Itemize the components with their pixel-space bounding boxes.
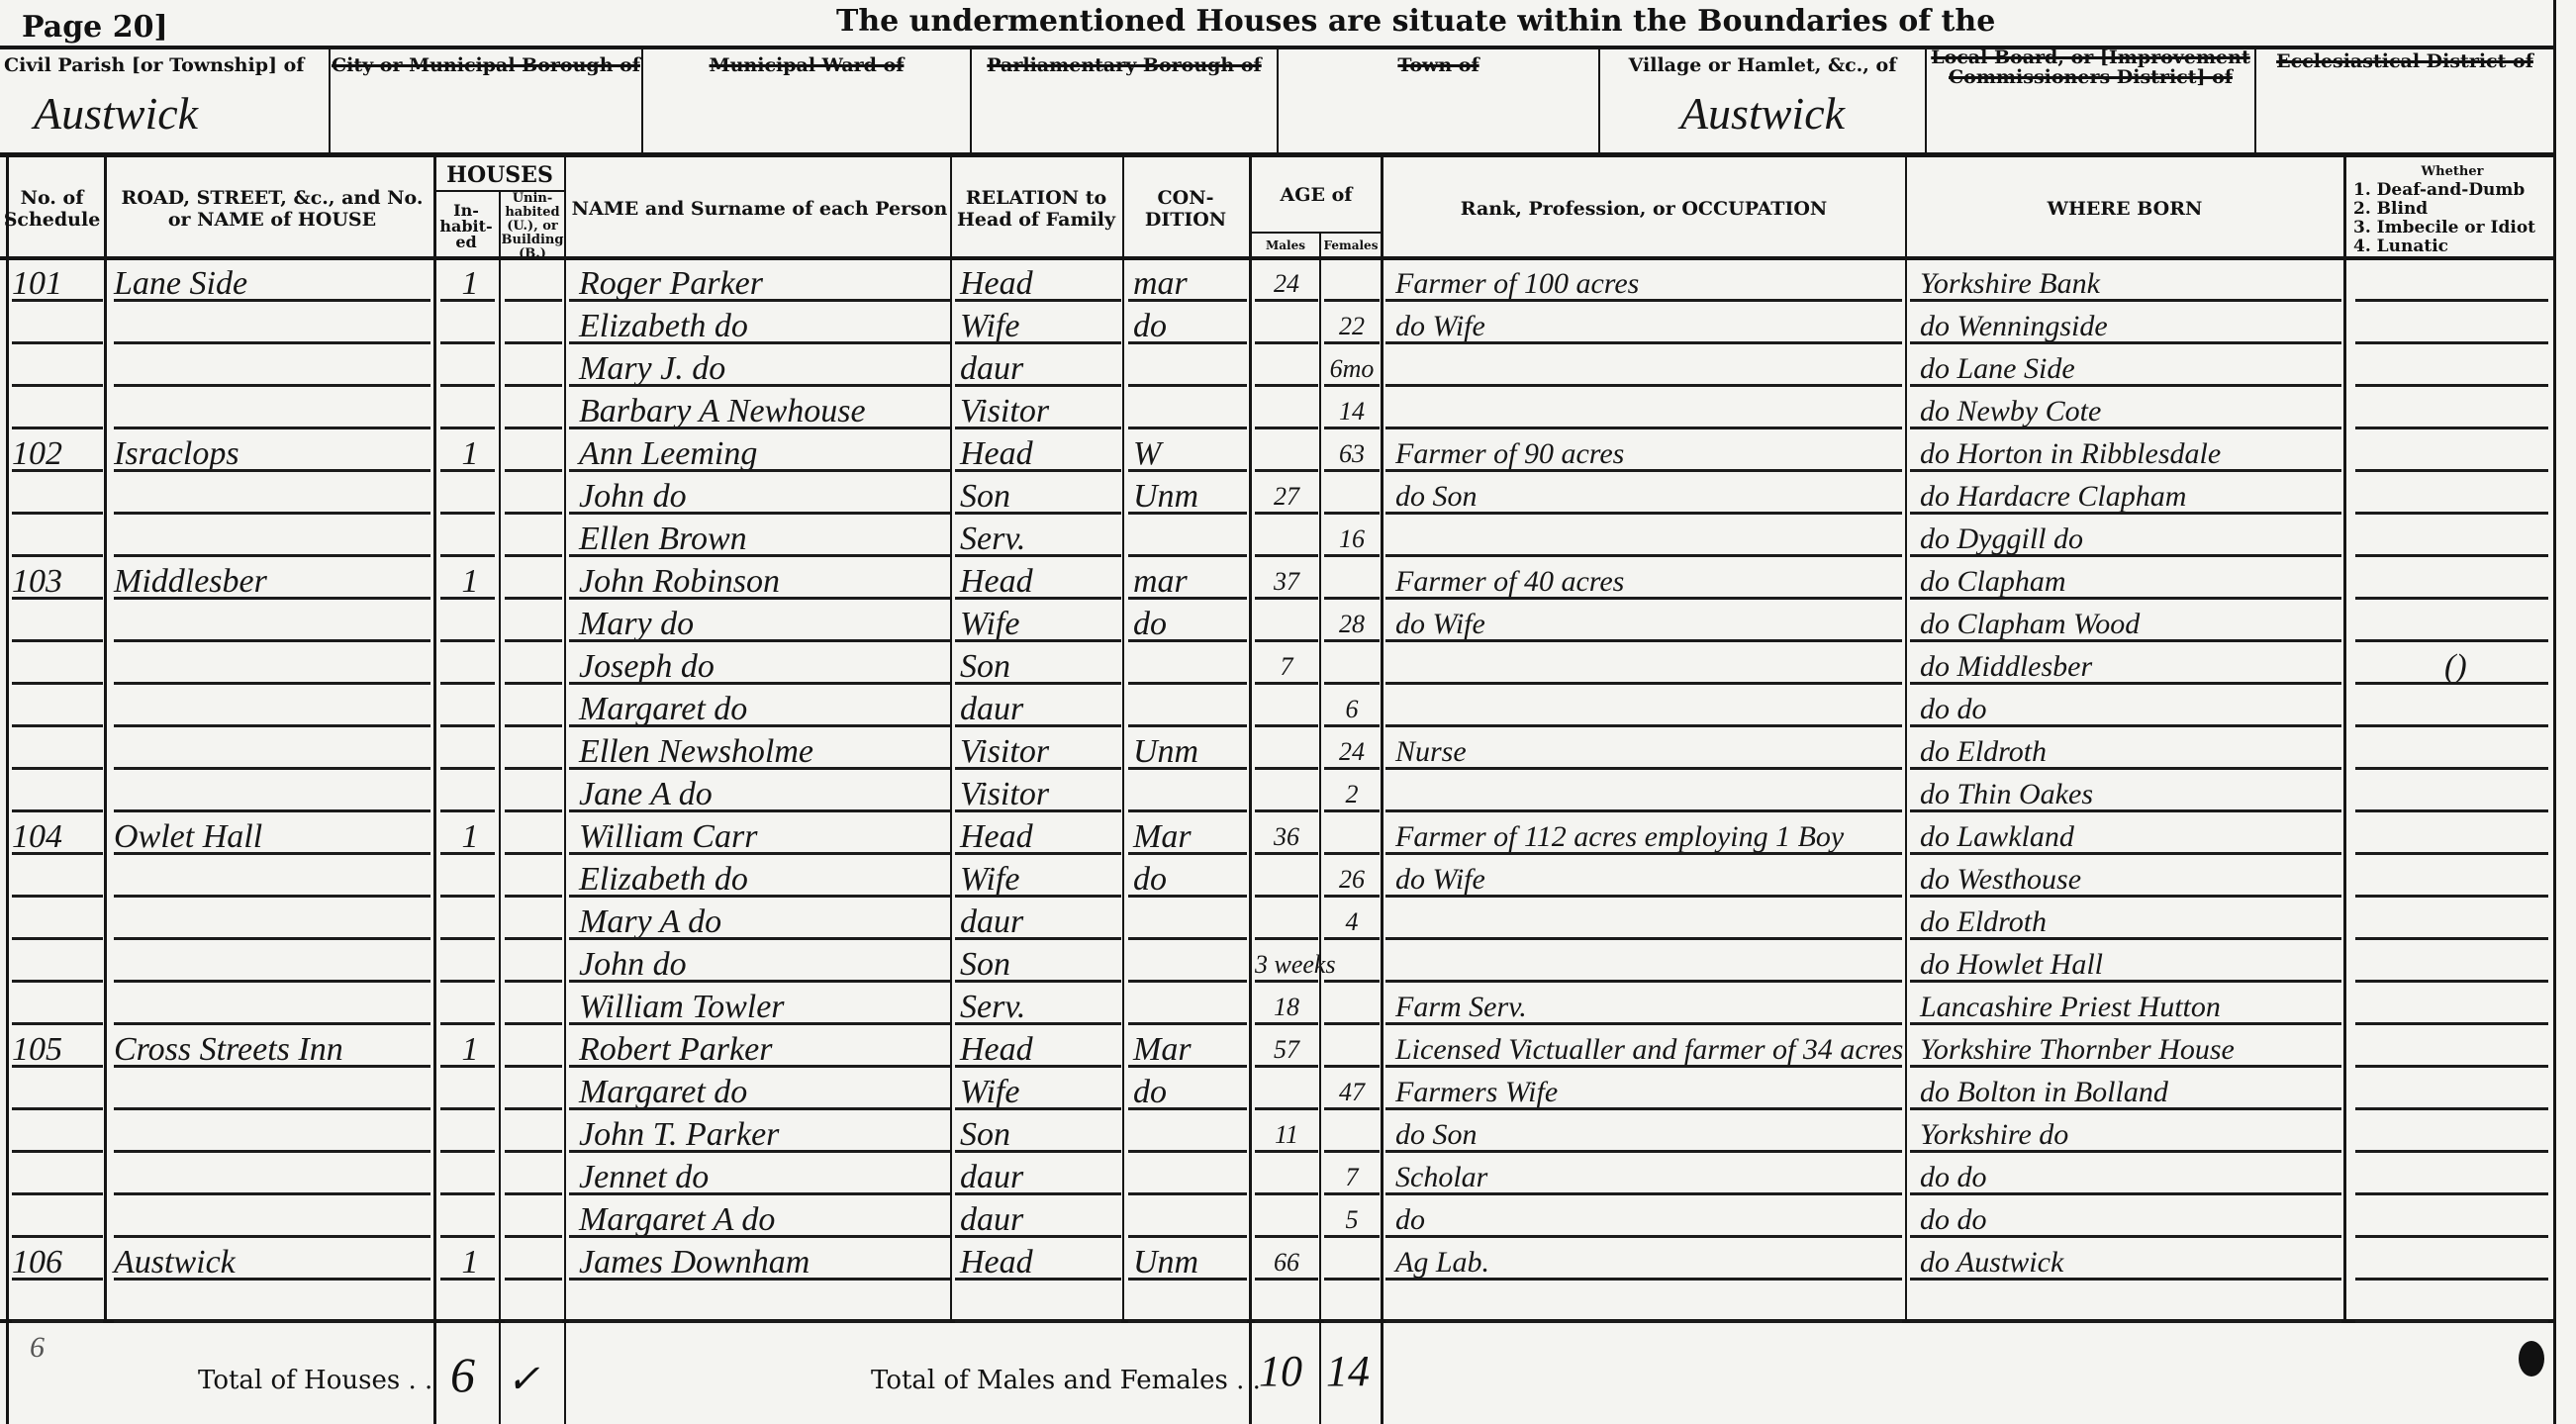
house-name — [114, 600, 430, 642]
schedule-number — [12, 387, 103, 429]
infirmity-item: 1. Deaf-and-Dumb — [2353, 181, 2551, 200]
where-born: Yorkshire Bank — [1920, 259, 2340, 302]
inhabited-count — [445, 855, 495, 898]
age-female — [1324, 472, 1380, 515]
person-name: Mary J. do — [579, 344, 950, 387]
condition — [1133, 515, 1244, 557]
occupation: Scholar — [1395, 1153, 1902, 1195]
inhabited-count — [445, 302, 495, 344]
schedule-count-note: 6 — [30, 1331, 45, 1365]
where-born: do Dyggill do — [1920, 515, 2340, 557]
where-born: do do — [1920, 1153, 2340, 1195]
table-row: Elizabeth doWifedo22do Wifedo Wenningsid… — [0, 302, 2576, 344]
age-female: 4 — [1324, 898, 1380, 940]
occupation: Nurse — [1395, 727, 1902, 770]
inhabited-count: 1 — [445, 557, 495, 600]
house-name — [114, 1153, 430, 1195]
where-born: do Hardacre Clapham — [1920, 472, 2340, 515]
where-born: do Bolton in Bolland — [1920, 1068, 2340, 1110]
infirmity — [2444, 387, 2543, 429]
condition — [1133, 1110, 1244, 1153]
boundary-value: Austwick — [4, 87, 327, 140]
house-name — [114, 387, 430, 429]
schedule-number: 104 — [12, 812, 103, 855]
boundary-parliamentary-borough: Parliamentary Borough of — [972, 47, 1277, 154]
person-name: Mary do — [579, 600, 950, 642]
inhabited-count — [445, 642, 495, 685]
boundary-label: Municipal Ward of — [643, 55, 970, 75]
occupation — [1395, 344, 1902, 387]
person-name: Elizabeth do — [579, 302, 950, 344]
age-female — [1324, 1110, 1380, 1153]
occupation — [1395, 387, 1902, 429]
total-houses-value: 6 — [450, 1346, 475, 1403]
relation: Head — [960, 557, 1118, 600]
house-name — [114, 770, 430, 812]
condition — [1133, 1281, 1244, 1323]
relation: Head — [960, 1025, 1118, 1068]
relation: Head — [960, 1238, 1118, 1281]
condition: Unm — [1133, 1238, 1244, 1281]
relation: Head — [960, 812, 1118, 855]
schedule-number — [12, 685, 103, 727]
infirmity — [2444, 515, 2543, 557]
person-name: John do — [579, 940, 950, 983]
age-female — [1324, 1281, 1380, 1323]
where-born: Yorkshire do — [1920, 1110, 2340, 1153]
person-name: Elizabeth do — [579, 855, 950, 898]
house-name: Israclops — [114, 429, 430, 472]
inhabited-count — [445, 727, 495, 770]
boundary-ecclesiastical: Ecclesiastical District of — [2256, 47, 2553, 154]
boundary-label: City or Municipal Borough of — [331, 55, 641, 75]
condition — [1133, 898, 1244, 940]
boundary-village: Village or Hamlet, &c., of Austwick — [1600, 47, 1925, 154]
infirmity — [2444, 472, 2543, 515]
age-male: 7 — [1255, 642, 1318, 685]
condition — [1133, 770, 1244, 812]
boundary-label: Village or Hamlet, &c., of — [1600, 55, 1925, 75]
schedule-number — [12, 983, 103, 1025]
occupation: Farmer of 112 acres employing 1 Boy — [1395, 812, 1902, 855]
house-name — [114, 1068, 430, 1110]
house-name — [114, 472, 430, 515]
inhabited-count — [445, 515, 495, 557]
person-name: Jane A do — [579, 770, 950, 812]
inhabited-count: 1 — [445, 429, 495, 472]
row-rule — [569, 1320, 950, 1323]
person-name: Robert Parker — [579, 1025, 950, 1068]
schedule-number — [12, 515, 103, 557]
ink-blot — [2519, 1341, 2544, 1377]
age-male: 37 — [1255, 557, 1318, 600]
infirmity — [2444, 429, 2543, 472]
table-row: Joseph doSon7do Middlesber() — [0, 642, 2576, 685]
person-name: Ellen Newsholme — [579, 727, 950, 770]
occupation — [1395, 770, 1902, 812]
schedule-number — [12, 642, 103, 685]
inhabited-count — [445, 1153, 495, 1195]
age-female: 28 — [1324, 600, 1380, 642]
boundary-municipal-ward: Municipal Ward of — [643, 47, 970, 154]
table-row: Margaret A dodaur5dodo do — [0, 1195, 2576, 1238]
inhabited-count — [445, 600, 495, 642]
relation: Serv. — [960, 515, 1118, 557]
age-female: 26 — [1324, 855, 1380, 898]
condition: do — [1133, 855, 1244, 898]
relation: Visitor — [960, 770, 1118, 812]
row-rule — [1255, 1320, 1318, 1323]
where-born: do Wenningside — [1920, 302, 2340, 344]
row-rule — [114, 1320, 430, 1323]
inhabited-count — [445, 1110, 495, 1153]
person-name: John T. Parker — [579, 1110, 950, 1153]
col-schedule: No. of Schedule — [0, 160, 104, 257]
table-row: Mary doWifedo28do Wifedo Clapham Wood — [0, 600, 2576, 642]
table-row: 103Middlesber1John RobinsonHeadmar37Farm… — [0, 557, 2576, 600]
table-row: William TowlerServ.18Farm Serv.Lancashir… — [0, 983, 2576, 1025]
age-female: 16 — [1324, 515, 1380, 557]
infirmity — [2444, 983, 2543, 1025]
row-rule — [1128, 1320, 1247, 1323]
schedule-number: 105 — [12, 1025, 103, 1068]
where-born: do Middlesber — [1920, 642, 2340, 685]
house-name — [114, 344, 430, 387]
condition: do — [1133, 1068, 1244, 1110]
table-row: John doSon3 weeksdo Howlet Hall — [0, 940, 2576, 983]
house-name — [114, 685, 430, 727]
row-rule — [955, 1320, 1121, 1323]
total-males-value: 10 — [1259, 1346, 1302, 1396]
house-name — [114, 1110, 430, 1153]
relation: Head — [960, 259, 1118, 302]
infirmity — [2444, 302, 2543, 344]
col-name: NAME and Surname of each Person — [569, 160, 950, 257]
age-male — [1255, 302, 1318, 344]
inhabited-count — [445, 685, 495, 727]
occupation: Licensed Victualler and farmer of 34 acr… — [1395, 1025, 1902, 1068]
schedule-number — [12, 855, 103, 898]
infirmity-item: 3. Imbecile or Idiot — [2353, 219, 2551, 237]
condition: Unm — [1133, 472, 1244, 515]
age-male — [1255, 1068, 1318, 1110]
table-row: Mary A dodaur4do Eldroth — [0, 898, 2576, 940]
person-name: James Downham — [579, 1238, 950, 1281]
col-inhabited: In-habit-ed — [435, 196, 497, 257]
relation: daur — [960, 1153, 1118, 1195]
where-born: do Howlet Hall — [1920, 940, 2340, 983]
table-row: Ellen BrownServ.16do Dyggill do — [0, 515, 2576, 557]
schedule-number — [12, 472, 103, 515]
condition — [1133, 387, 1244, 429]
schedule-number — [12, 600, 103, 642]
occupation — [1395, 1281, 1902, 1323]
age-female: 63 — [1324, 429, 1380, 472]
schedule-number — [12, 940, 103, 983]
relation: Wife — [960, 1068, 1118, 1110]
col-occupation: Rank, Profession, or OCCUPATION — [1383, 160, 1905, 257]
age-male — [1255, 770, 1318, 812]
age-male — [1255, 515, 1318, 557]
condition: Unm — [1133, 727, 1244, 770]
age-male — [1255, 600, 1318, 642]
house-name — [114, 1195, 430, 1238]
age-female: 6 — [1324, 685, 1380, 727]
where-born: do Lane Side — [1920, 344, 2340, 387]
infirmity: () — [2444, 642, 2543, 685]
occupation: do — [1395, 1195, 1902, 1238]
age-female — [1324, 940, 1380, 983]
occupation — [1395, 642, 1902, 685]
infirmity — [2444, 770, 2543, 812]
relation: Visitor — [960, 387, 1118, 429]
where-born: do Eldroth — [1920, 727, 2340, 770]
infirmity — [2444, 685, 2543, 727]
inhabited-count: 1 — [445, 259, 495, 302]
infirmity — [2444, 727, 2543, 770]
boundary-label: Ecclesiastical District of — [2256, 51, 2553, 71]
person-name: Ann Leeming — [579, 429, 950, 472]
age-male — [1255, 898, 1318, 940]
relation: Son — [960, 642, 1118, 685]
infirmity — [2444, 1238, 2543, 1281]
boundary-civil-parish: Civil Parish [or Township] of Austwick — [4, 47, 327, 154]
person-name: Ellen Brown — [579, 515, 950, 557]
condition — [1133, 1195, 1244, 1238]
condition — [1133, 1153, 1244, 1195]
person-name: William Towler — [579, 983, 950, 1025]
schedule-number — [12, 1153, 103, 1195]
table-row: Margaret dodaur6do do — [0, 685, 2576, 727]
infirmity — [2444, 1025, 2543, 1068]
table-row: Mary J. dodaur6modo Lane Side — [0, 344, 2576, 387]
infirmity-title: Whether — [2353, 162, 2551, 181]
col-males: Males — [1252, 234, 1319, 257]
inhabited-count — [445, 472, 495, 515]
schedule-number — [12, 727, 103, 770]
infirmity — [2444, 812, 2543, 855]
check-mark-icon: ✓ — [507, 1356, 540, 1402]
occupation: Farmer of 40 acres — [1395, 557, 1902, 600]
occupation: Farmer of 100 acres — [1395, 259, 1902, 302]
age-female: 7 — [1324, 1153, 1380, 1195]
col-condition: CON-DITION — [1125, 160, 1246, 257]
infirmity — [2444, 1153, 2543, 1195]
inhabited-count — [445, 1281, 495, 1323]
inhabited-count — [445, 1068, 495, 1110]
page-heading: The undermentioned Houses are situate wi… — [836, 4, 1995, 39]
infirmity — [2444, 1281, 2543, 1323]
age-female — [1324, 642, 1380, 685]
person-name: Margaret do — [579, 685, 950, 727]
schedule-number — [12, 302, 103, 344]
person-name: Mary A do — [579, 898, 950, 940]
where-born: do Clapham Wood — [1920, 600, 2340, 642]
house-name: Lane Side — [114, 259, 430, 302]
table-row: 106Austwick1James DownhamHeadUnm66Ag Lab… — [0, 1238, 2576, 1281]
col-age: AGE of — [1252, 160, 1381, 230]
schedule-number — [12, 1281, 103, 1323]
table-row: Ellen NewsholmeVisitorUnm24Nursedo Eldro… — [0, 727, 2576, 770]
row-rule — [1324, 1320, 1380, 1323]
boundary-label: Parliamentary Borough of — [972, 55, 1277, 75]
age-female: 14 — [1324, 387, 1380, 429]
schedule-number — [12, 1110, 103, 1153]
person-name: Barbary A Newhouse — [579, 387, 950, 429]
occupation — [1395, 685, 1902, 727]
house-name: Cross Streets Inn — [114, 1025, 430, 1068]
condition — [1133, 642, 1244, 685]
age-female — [1324, 557, 1380, 600]
boundary-label: Civil Parish [or Township] of — [4, 55, 327, 75]
occupation: do Son — [1395, 472, 1902, 515]
infirmity — [2444, 940, 2543, 983]
relation: Serv. — [960, 983, 1118, 1025]
house-name — [114, 727, 430, 770]
person-name: John do — [579, 472, 950, 515]
age-female — [1324, 1238, 1380, 1281]
boundary-label: Town of — [1279, 55, 1598, 75]
inhabited-count — [445, 387, 495, 429]
condition — [1133, 344, 1244, 387]
relation: Head — [960, 429, 1118, 472]
where-born: do Newby Cote — [1920, 387, 2340, 429]
relation: daur — [960, 898, 1118, 940]
col-road: ROAD, STREET, &c., and No. or NAME of HO… — [109, 160, 435, 257]
table-row: 102Israclops1Ann LeemingHeadW63Farmer of… — [0, 429, 2576, 472]
person-name: John Robinson — [579, 557, 950, 600]
boundary-town: Town of — [1279, 47, 1598, 154]
table-row: 105Cross Streets Inn1Robert ParkerHeadMa… — [0, 1025, 2576, 1068]
condition: mar — [1133, 259, 1244, 302]
age-male — [1255, 685, 1318, 727]
inhabited-count — [445, 344, 495, 387]
table-row: Jennet dodaur7Scholardo do — [0, 1153, 2576, 1195]
age-male: 3 weeks — [1255, 940, 1318, 983]
infirmity — [2444, 1068, 2543, 1110]
condition — [1133, 983, 1244, 1025]
col-houses: HOUSES — [435, 158, 564, 192]
where-born: Lancashire Priest Hutton — [1920, 983, 2340, 1025]
person-name: Margaret do — [579, 1068, 950, 1110]
person-name: Jennet do — [579, 1153, 950, 1195]
schedule-number: 106 — [12, 1238, 103, 1281]
table-row: 104Owlet Hall1William CarrHeadMar36Farme… — [0, 812, 2576, 855]
person-name: William Carr — [579, 812, 950, 855]
condition — [1133, 685, 1244, 727]
house-name — [114, 642, 430, 685]
boundary-local-board: Local Board, or [Improvement Commissione… — [1927, 47, 2254, 154]
house-name — [114, 855, 430, 898]
occupation: do Wife — [1395, 600, 1902, 642]
page-number: Page 20] — [22, 10, 168, 45]
col-infirmity: Whether 1. Deaf-and-Dumb 2. Blind 3. Imb… — [2353, 162, 2551, 256]
age-male: 36 — [1255, 812, 1318, 855]
relation: Son — [960, 940, 1118, 983]
infirmity — [2444, 1110, 2543, 1153]
row-rule — [1910, 1320, 2341, 1323]
total-houses-label: Total of Houses . . — [198, 1366, 432, 1395]
relation: daur — [960, 1195, 1118, 1238]
where-born: do Lawkland — [1920, 812, 2340, 855]
age-female: 6mo — [1324, 344, 1380, 387]
house-name — [114, 515, 430, 557]
age-male: 18 — [1255, 983, 1318, 1025]
where-born: do do — [1920, 1195, 2340, 1238]
house-name: Austwick — [114, 1238, 430, 1281]
age-female: 24 — [1324, 727, 1380, 770]
occupation — [1395, 515, 1902, 557]
age-female — [1324, 983, 1380, 1025]
row-rule — [1385, 1320, 1902, 1323]
schedule-number: 102 — [12, 429, 103, 472]
infirmity — [2444, 600, 2543, 642]
table-row: Jane A doVisitor2do Thin Oakes — [0, 770, 2576, 812]
condition: Mar — [1133, 1025, 1244, 1068]
age-male — [1255, 429, 1318, 472]
age-female: 47 — [1324, 1068, 1380, 1110]
inhabited-count: 1 — [445, 1238, 495, 1281]
schedule-number: 103 — [12, 557, 103, 600]
col-where-born: WHERE BORN — [1907, 160, 2342, 257]
age-male: 57 — [1255, 1025, 1318, 1068]
schedule-number — [12, 898, 103, 940]
where-born: do Westhouse — [1920, 855, 2340, 898]
age-male — [1255, 1281, 1318, 1323]
inhabited-count: 1 — [445, 812, 495, 855]
boundary-label: Local Board, or [Improvement Commissione… — [1927, 47, 2254, 87]
age-male — [1255, 855, 1318, 898]
age-female: 22 — [1324, 302, 1380, 344]
table-row — [0, 1281, 2576, 1323]
person-name: Roger Parker — [579, 259, 950, 302]
age-female: 5 — [1324, 1195, 1380, 1238]
age-male: 24 — [1255, 259, 1318, 302]
table-row: Elizabeth doWifedo26do Wifedo Westhouse — [0, 855, 2576, 898]
house-name — [114, 940, 430, 983]
occupation: do Wife — [1395, 855, 1902, 898]
col-relation: RELATION to Head of Family — [952, 160, 1120, 257]
infirmity-item: 2. Blind — [2353, 200, 2551, 219]
where-born: Yorkshire Thornber House — [1920, 1025, 2340, 1068]
age-male — [1255, 344, 1318, 387]
infirmity — [2444, 344, 2543, 387]
occupation: Farmer of 90 acres — [1395, 429, 1902, 472]
where-born — [1920, 1281, 2340, 1323]
where-born: do Horton in Ribblesdale — [1920, 429, 2340, 472]
age-male: 66 — [1255, 1238, 1318, 1281]
age-male — [1255, 1153, 1318, 1195]
age-male — [1255, 387, 1318, 429]
house-name — [114, 302, 430, 344]
age-female — [1324, 259, 1380, 302]
person-name: Margaret A do — [579, 1195, 950, 1238]
relation: Wife — [960, 600, 1118, 642]
condition — [1133, 940, 1244, 983]
where-born: do Eldroth — [1920, 898, 2340, 940]
inhabited-count: 1 — [445, 1025, 495, 1068]
relation: Visitor — [960, 727, 1118, 770]
where-born: do Austwick — [1920, 1238, 2340, 1281]
where-born: do do — [1920, 685, 2340, 727]
condition: do — [1133, 600, 1244, 642]
col-uninhabited: Unin-habited (U.), or Building (B.) — [501, 194, 564, 259]
schedule-number — [12, 344, 103, 387]
house-name — [114, 1281, 430, 1323]
table-row: John T. ParkerSon11do SonYorkshire do — [0, 1110, 2576, 1153]
infirmity — [2444, 557, 2543, 600]
occupation: Ag Lab. — [1395, 1238, 1902, 1281]
